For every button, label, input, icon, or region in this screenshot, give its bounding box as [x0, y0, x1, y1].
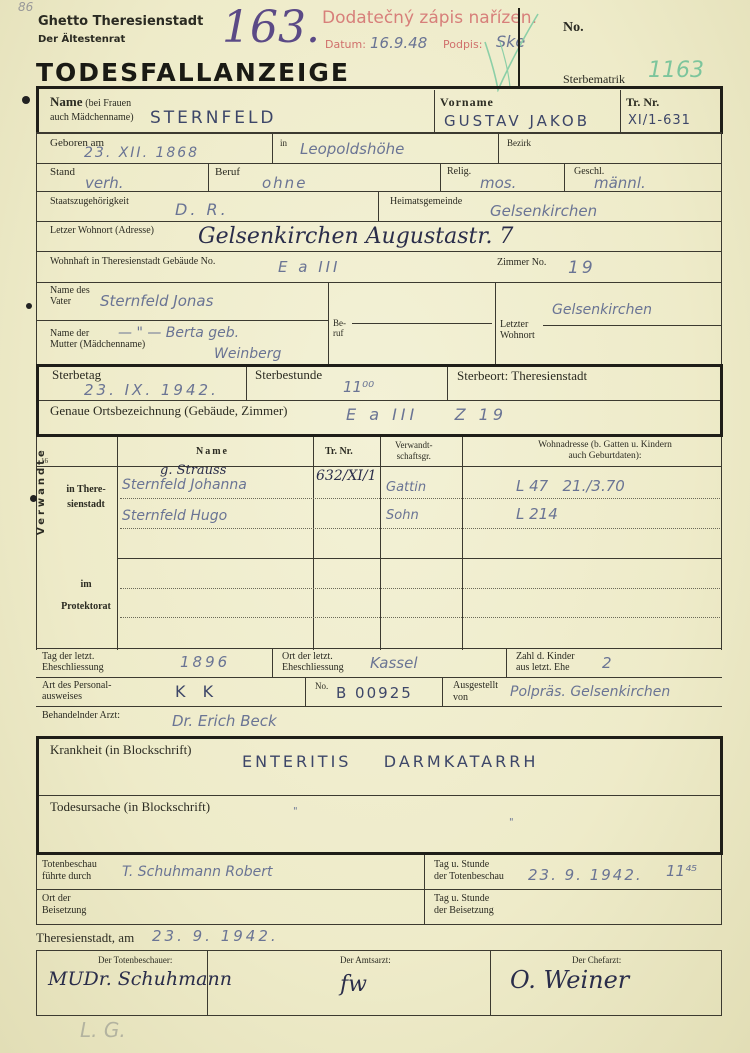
ort-beisetzung-label: Ort derBeisetzung: [42, 893, 86, 917]
pencil-initials: L. G.: [80, 1018, 126, 1042]
sig-amtsarzt-label: Der Amtsarzt:: [340, 954, 391, 966]
kinder-value: 2: [602, 654, 612, 672]
beruf-parents-label: Be-ruf: [333, 318, 346, 338]
in-label: in: [280, 137, 287, 149]
ausweis-art-label: Art des Personal-ausweises: [42, 680, 111, 702]
todesursache-label: Todesursache (in Blockschrift): [50, 801, 210, 813]
stand-value: verh.: [85, 174, 124, 192]
in-value: Leopoldshöhe: [300, 140, 404, 158]
name-label-note: auch Mädchenname): [50, 112, 134, 124]
ausweis-art-value: K K: [175, 682, 219, 701]
group-theresienstadt: in There-sienstadt: [60, 482, 112, 512]
sig-totenbeschauer-label: Der Totenbeschauer:: [98, 954, 172, 966]
sterbestunde-value: 11⁰⁰: [343, 378, 374, 396]
tag-beisetzung-label: Tag u. Stundeder Beisetzung: [434, 893, 494, 917]
todesursache-ditto-2: ": [509, 817, 514, 828]
beruf-value: ohne: [262, 174, 307, 192]
page-title: TODESFALLANZEIGE: [36, 58, 350, 87]
arzt-label: Behandelnder Arzt:: [42, 710, 120, 722]
sterbetag-label: Sterbetag: [52, 369, 101, 381]
tag-eheschliessung-value: 1896: [180, 653, 230, 671]
name-value: STERNFELD: [150, 108, 277, 128]
zimmer-label: Zimmer No.: [497, 257, 546, 269]
group-protektorat: imProtektorat: [55, 574, 117, 618]
wohnort-value: Gelsenkirchen Augustastr. 7: [198, 224, 513, 249]
sterbematrik-value: 1163: [648, 58, 704, 83]
krankheit-value: ENTERITIS DARMKATARRH: [242, 752, 538, 771]
krankheit-label: Krankheit (in Blockschrift): [50, 744, 192, 756]
stamp-podpis-label: Podpis:: [443, 38, 482, 51]
ausgestellt-value: Polpräs. Gelsenkirchen: [510, 684, 670, 700]
stand-label: Stand: [50, 166, 75, 178]
tag-beschau-value: 23. 9. 1942.: [528, 866, 643, 884]
relative-name-note: g. Strauss: [160, 463, 226, 478]
no-label: No.: [563, 20, 584, 36]
col-verwandtschaft: Verwandt-schaftsgr.: [395, 440, 433, 462]
org-subname: Der Ältestenrat: [38, 34, 125, 45]
name-label: Name (bei Frauen: [50, 96, 131, 110]
wohnort-label: Letzer Wohnort (Adresse): [50, 225, 154, 237]
org-name: Ghetto Theresienstadt: [38, 14, 203, 29]
staats-value: D. R.: [175, 200, 229, 219]
sterbestunde-label: Sterbestunde: [255, 369, 322, 381]
vater-label: Name desVater: [50, 285, 90, 307]
sig-totenbeschauer: MUDr. Schuhmann: [48, 968, 232, 990]
col-wohnadresse: Wohnadresse (b. Gatten u. Kindernauch Ge…: [505, 440, 705, 462]
beschau-label: Totenbeschauführte durch: [42, 859, 97, 883]
relig-label: Relig.: [447, 166, 471, 178]
header-divider: [518, 8, 520, 88]
relative-trnr: 632/XI/1: [316, 468, 377, 484]
verwandte-label: Verwandte: [36, 447, 47, 535]
ort-eheschliessung-value: Kassel: [370, 654, 418, 672]
letzter-wohnort-value: Gelsenkirchen: [552, 302, 652, 318]
beruf-label: Beruf: [215, 166, 240, 178]
relative-verwandtschaft: Sohn: [386, 508, 419, 523]
trnr-value: XI/1-631: [628, 113, 691, 128]
handwritten-number: 163.: [222, 2, 320, 53]
ausgestellt-label: Ausgestelltvon: [453, 680, 498, 704]
wohnhaft-value: E a III: [278, 258, 340, 276]
col-name: Name: [196, 446, 229, 458]
letzter-wohnort-label: LetzterWohnort: [500, 319, 535, 341]
heimat-value: Gelsenkirchen: [490, 202, 597, 220]
relative-address: L 214: [516, 505, 558, 523]
vater-value: Sternfeld Jonas: [100, 292, 213, 310]
punch-hole: [26, 303, 32, 309]
punch-hole: [22, 96, 30, 104]
stunde-beschau-value: 11⁴⁵: [666, 862, 697, 880]
place-date-value: 23. 9. 1942.: [152, 927, 279, 945]
arzt-value: Dr. Erich Beck: [172, 712, 277, 730]
sterbeort-label: Sterbeort: Theresienstadt: [457, 370, 587, 382]
wohnhaft-label: Wohnhaft in Theresienstadt Gebäude No.: [50, 256, 215, 268]
kinder-label: Zahl d. Kinderaus letzt. Ehe: [516, 651, 575, 673]
trnr-label: Tr. Nr.: [626, 96, 659, 108]
beschau-value: T. Schuhmann Robert: [122, 864, 272, 880]
heimat-label: Heimatsgemeinde: [390, 196, 462, 208]
vorname-label: Vorname: [440, 96, 494, 108]
stamp-datum-value: 16.9.48: [370, 34, 427, 52]
zimmer-value: 19: [568, 258, 596, 278]
sig-chefarzt: O. Weiner: [510, 966, 629, 994]
mutter-value-2: Weinberg: [214, 346, 281, 362]
relative-address: L 47 21./3.70: [516, 477, 625, 495]
staats-label: Staatszugehörigkeit: [50, 196, 129, 208]
relative-name: Sternfeld Johanna: [122, 477, 247, 493]
sig-amtsarzt: fw: [340, 972, 367, 997]
mutter-value-1: — " — Berta geb.: [118, 325, 239, 341]
tag-eheschliessung-label: Tag der letzt.Eheschliessung: [42, 651, 104, 673]
vorname-value: GUSTAV JAKOB: [444, 112, 590, 130]
stamp-datum-label: Datum:: [325, 38, 366, 51]
ausweis-no-value: B 00925: [336, 684, 413, 702]
ort-eheschliessung-label: Ort der letzt.Eheschliessung: [282, 651, 344, 673]
ortsbezeichnung-label: Genaue Ortsbezeichnung (Gebäude, Zimmer): [50, 405, 288, 417]
bezirk-label: Bezirk: [507, 137, 531, 149]
green-check-mark: [480, 12, 540, 92]
punch-hole: [30, 495, 37, 502]
todesursache-ditto-1: ": [293, 806, 298, 817]
relative-name: Sternfeld Hugo: [122, 508, 227, 524]
col-trnr: Tr. Nr.: [325, 446, 353, 458]
relative-verwandtschaft: Gattin: [386, 480, 426, 495]
geschl-value: männl.: [594, 174, 646, 192]
sig-chefarzt-label: Der Chefarzt:: [572, 954, 621, 966]
pencil-note: 86: [18, 0, 33, 14]
sterbetag-value: 23. IX. 1942.: [84, 381, 219, 399]
tag-beschau-label: Tag u. Stundeder Totenbeschau: [434, 859, 504, 883]
sterbematrik-label: Sterbematrik: [563, 72, 625, 87]
ortsbezeichnung-value: E a III Z 19: [346, 405, 507, 424]
relig-value: mos.: [480, 174, 516, 192]
place-date-label: Theresienstadt, am: [36, 932, 134, 944]
geboren-value: 23. XII. 1868: [84, 145, 199, 161]
ausweis-no-label: No.: [315, 680, 328, 692]
